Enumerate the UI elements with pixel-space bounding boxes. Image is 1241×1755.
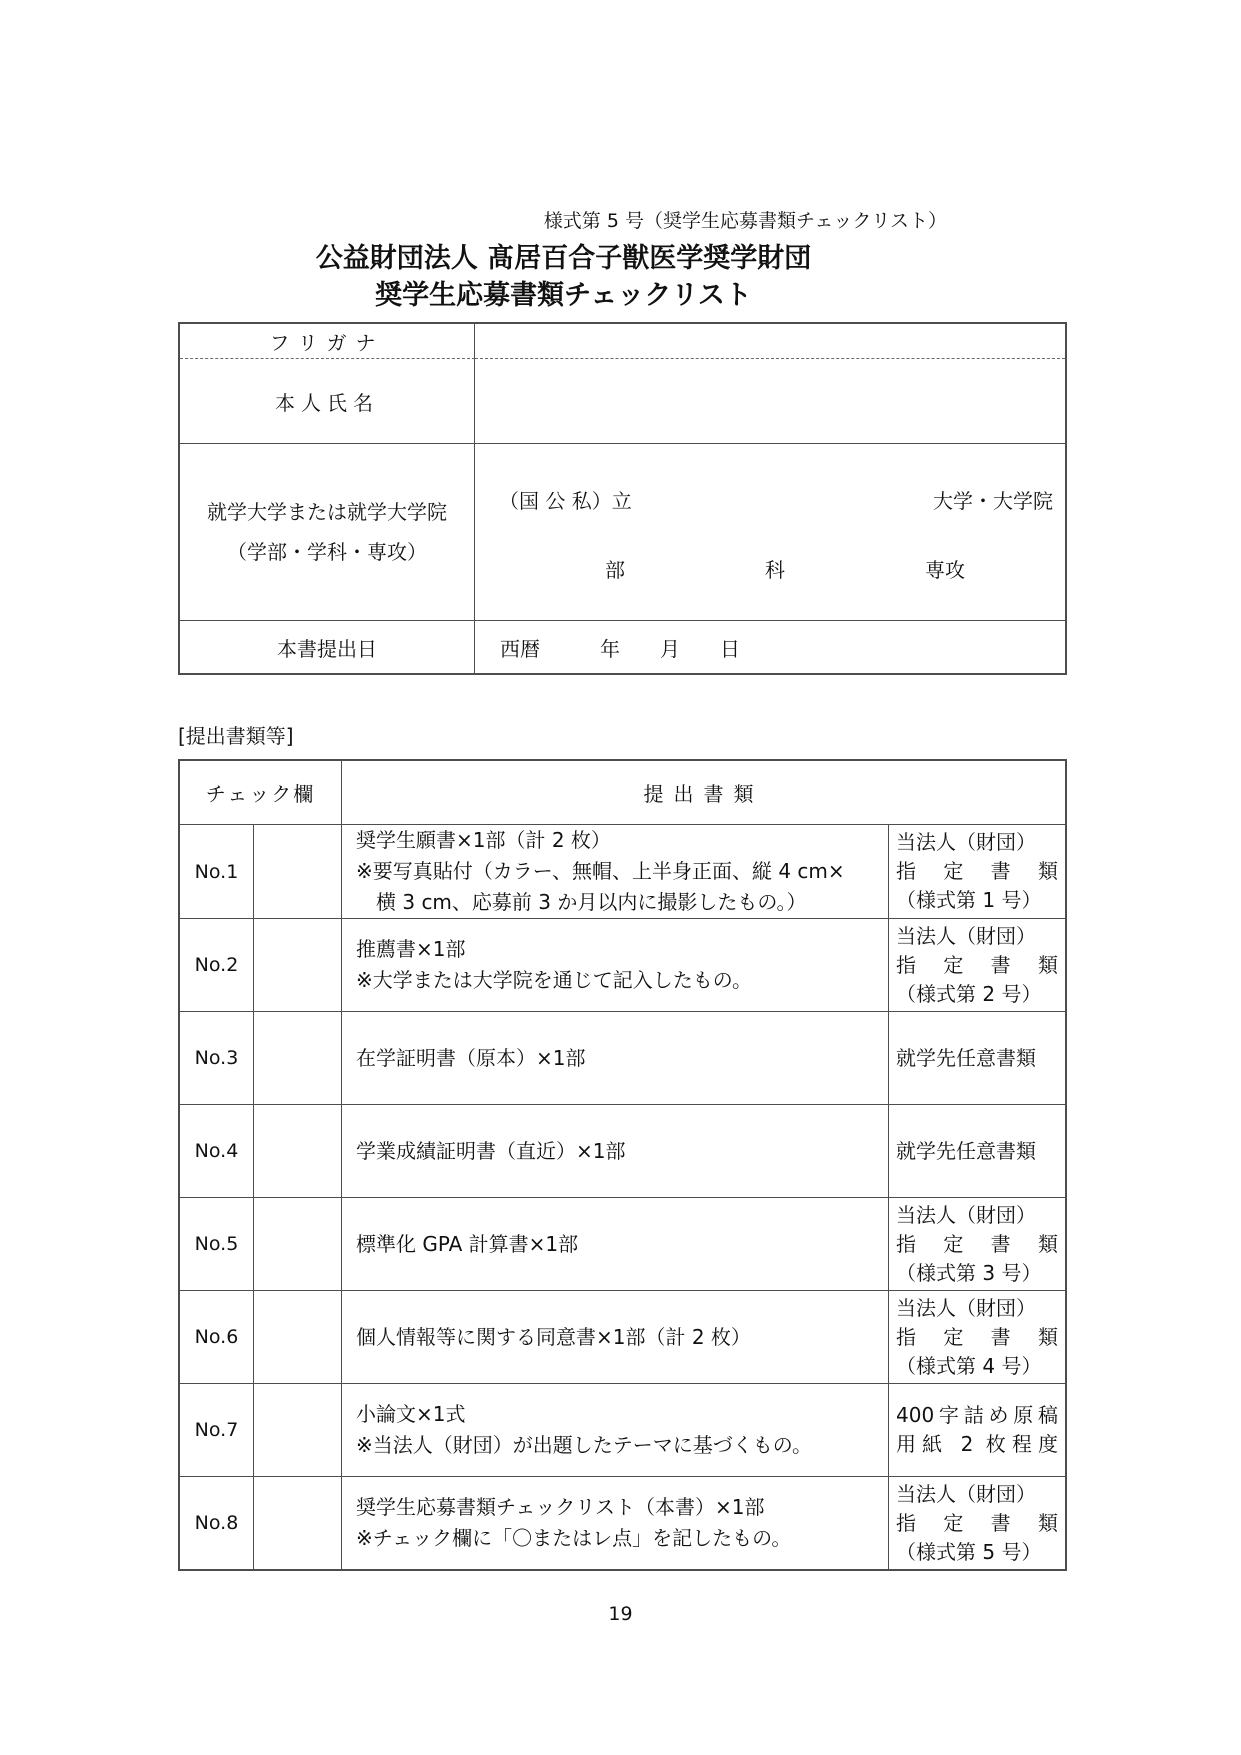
check-box-cell[interactable] [254,919,342,1012]
name-label: 本人氏名 [180,359,475,444]
university-row: 就学大学または就学大学院 （学部・学科・専攻） （国 公 私）立 大学・大学院 … [180,444,1065,621]
document-type: 400字詰め原稿 用紙 2 枚程度 [889,1384,1065,1477]
document-description: 在学証明書（原本）×1部 [342,1012,889,1105]
row-number: No.8 [180,1477,254,1569]
row-number: No.1 [180,825,254,919]
document-type: 就学先任意書類 [889,1105,1065,1198]
title-block: 公益財団法人 髙居百合子獣医学奨学財団 奨学生応募書類チェックリスト [121,240,1006,314]
section-label: [提出書類等] [178,724,1063,748]
document-description: 個人情報等に関する同意書×1部（計 2 枚） [342,1291,889,1384]
document-type: 当法人（財団） 指定書類 （様式第 1 号） [889,825,1065,919]
check-box-cell[interactable] [254,1198,342,1291]
table-row-2: No.2 推薦書×1部 ※大学または大学院を通じて記入したもの。 当法人（財団）… [180,919,1065,1012]
row-number: No.6 [180,1291,254,1384]
document-description: 学業成績証明書（直近）×1部 [342,1105,889,1198]
row-number: No.5 [180,1198,254,1291]
documents-column-header: 提出書類 [342,761,1065,825]
row-number: No.3 [180,1012,254,1105]
university-prefix-label: （国 公 私）立 [499,490,632,512]
document-type: 当法人（財団） 指定書類 （様式第 5 号） [889,1477,1065,1569]
university-label-line1: 就学大学または就学大学院 [180,492,474,532]
check-box-cell[interactable] [254,1291,342,1384]
university-label: 就学大学または就学大学院 （学部・学科・専攻） [180,444,475,621]
department-line: 部 科 専攻 [475,559,1065,581]
document-checklist-table: チェック欄 提出書類 No.1 奨学生願書×1部（計 2 枚） ※要写真貼付（カ… [178,759,1067,1571]
name-label-text: 本人氏名 [275,391,379,415]
document-page: 様式第 5 号（奨学生応募書類チェックリスト） 公益財団法人 髙居百合子獣医学奨… [0,0,1063,1625]
document-title: 奨学生応募書類チェックリスト [121,277,1006,314]
document-description: 小論文×1式 ※当法人（財団）が出題したテーマに基づくもの。 [342,1384,889,1477]
document-description: 推薦書×1部 ※大学または大学院を通じて記入したもの。 [342,919,889,1012]
document-type: 当法人（財団） 指定書類 （様式第 4 号） [889,1291,1065,1384]
university-suffix-label: 大学・大学院 [933,490,1053,512]
applicant-info-table: フリガナ 本人氏名 就学大学または就学大学院 （学部・学科・専攻） （国 公 私… [178,322,1067,675]
name-row: 本人氏名 [180,359,1065,444]
dept-label-bu: 部 [605,559,625,581]
document-description: 標準化 GPA 計算書×1部 [342,1198,889,1291]
row-number: No.2 [180,919,254,1012]
row-number: No.7 [180,1384,254,1477]
date-input-cell[interactable]: 西暦 年 月 日 [475,621,1065,673]
table-row-6: No.6 個人情報等に関する同意書×1部（計 2 枚） 当法人（財団） 指定書類… [180,1291,1065,1384]
form-number-label: 様式第 5 号（奨学生応募書類チェックリスト） [178,208,1063,234]
university-label-line2: （学部・学科・専攻） [180,532,474,572]
document-description: 奨学生応募書類チェックリスト（本書）×1部 ※チェック欄に「〇またはレ点」を記し… [342,1477,889,1569]
check-box-cell[interactable] [254,1012,342,1105]
furigana-input-cell[interactable] [475,324,1065,359]
document-description: 奨学生願書×1部（計 2 枚） ※要写真貼付（カラー、無帽、上半身正面、縦 4 … [342,825,889,919]
name-input-cell[interactable] [475,359,1065,444]
university-type-line: （国 公 私）立 大学・大学院 [475,490,1065,512]
check-box-cell[interactable] [254,825,342,919]
check-box-cell[interactable] [254,1477,342,1569]
submission-date-row: 本書提出日 西暦 年 月 日 [180,621,1065,673]
table-row-4: No.4 学業成績証明書（直近）×1部 就学先任意書類 [180,1105,1065,1198]
checklist-header-row: チェック欄 提出書類 [180,761,1065,825]
university-input-cell[interactable]: （国 公 私）立 大学・大学院 部 科 専攻 [475,444,1065,621]
table-row-5: No.5 標準化 GPA 計算書×1部 当法人（財団） 指定書類 （様式第 3 … [180,1198,1065,1291]
furigana-label: フリガナ [180,324,475,359]
dept-label-senko: 専攻 [925,559,965,581]
row-number: No.4 [180,1105,254,1198]
check-column-header: チェック欄 [180,761,342,825]
document-type: 当法人（財団） 指定書類 （様式第 3 号） [889,1198,1065,1291]
dept-label-ka: 科 [765,559,785,581]
furigana-label-text: フリガナ [270,331,385,355]
check-box-cell[interactable] [254,1105,342,1198]
table-row-1: No.1 奨学生願書×1部（計 2 枚） ※要写真貼付（カラー、無帽、上半身正面… [180,825,1065,919]
date-label: 本書提出日 [180,621,475,673]
document-type: 就学先任意書類 [889,1012,1065,1105]
organization-title: 公益財団法人 髙居百合子獣医学奨学財団 [121,240,1006,277]
document-type: 当法人（財団） 指定書類 （様式第 2 号） [889,919,1065,1012]
check-box-cell[interactable] [254,1384,342,1477]
table-row-8: No.8 奨学生応募書類チェックリスト（本書）×1部 ※チェック欄に「〇またはレ… [180,1477,1065,1569]
page-number: 19 [178,1603,1063,1625]
table-row-3: No.3 在学証明書（原本）×1部 就学先任意書類 [180,1012,1065,1105]
furigana-row: フリガナ [180,324,1065,359]
table-row-7: No.7 小論文×1式 ※当法人（財団）が出題したテーマに基づくもの。 400字… [180,1384,1065,1477]
